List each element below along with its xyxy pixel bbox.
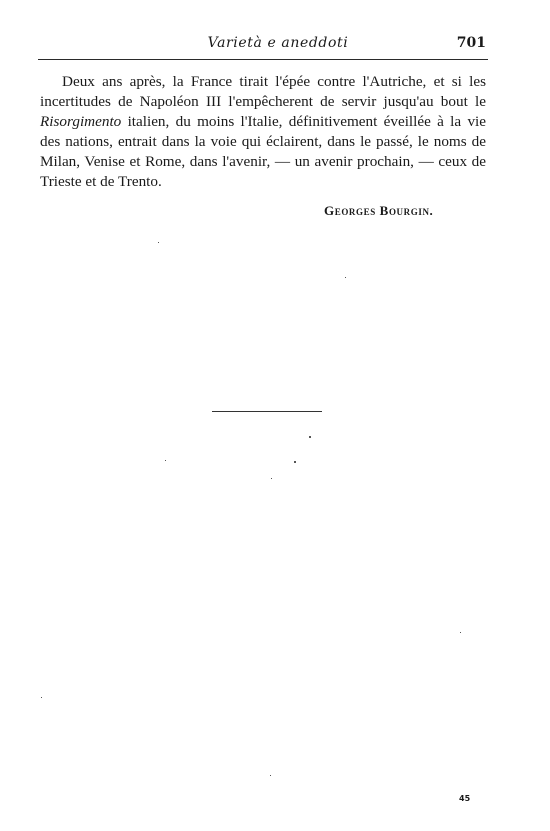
scan-speck bbox=[41, 697, 42, 698]
scan-speck bbox=[158, 242, 159, 243]
printer-signature-mark: 45 bbox=[459, 794, 470, 803]
document-page: Varietà e aneddoti 701 Deux ans après, l… bbox=[0, 0, 550, 831]
scan-speck bbox=[294, 461, 296, 463]
running-title: Varietà e aneddoti bbox=[40, 35, 486, 51]
header-rule bbox=[38, 59, 488, 60]
paragraph-text-before: Deux ans après, la France tirait l'épée … bbox=[40, 73, 486, 110]
scan-speck bbox=[309, 436, 311, 438]
paragraph: Deux ans après, la France tirait l'épée … bbox=[40, 72, 486, 192]
italic-term: Risorgimento bbox=[40, 113, 121, 130]
body-text: Deux ans après, la France tirait l'épée … bbox=[40, 72, 486, 192]
page-number: 701 bbox=[457, 35, 486, 51]
section-end-rule bbox=[212, 411, 322, 412]
scan-speck bbox=[460, 632, 461, 633]
running-header: Varietà e aneddoti 701 bbox=[40, 34, 486, 56]
scan-speck bbox=[271, 478, 272, 479]
scan-speck bbox=[345, 277, 346, 278]
scan-speck bbox=[165, 460, 166, 461]
scan-speck bbox=[270, 775, 271, 776]
author-signature: Georges Bourgin. bbox=[324, 203, 433, 219]
